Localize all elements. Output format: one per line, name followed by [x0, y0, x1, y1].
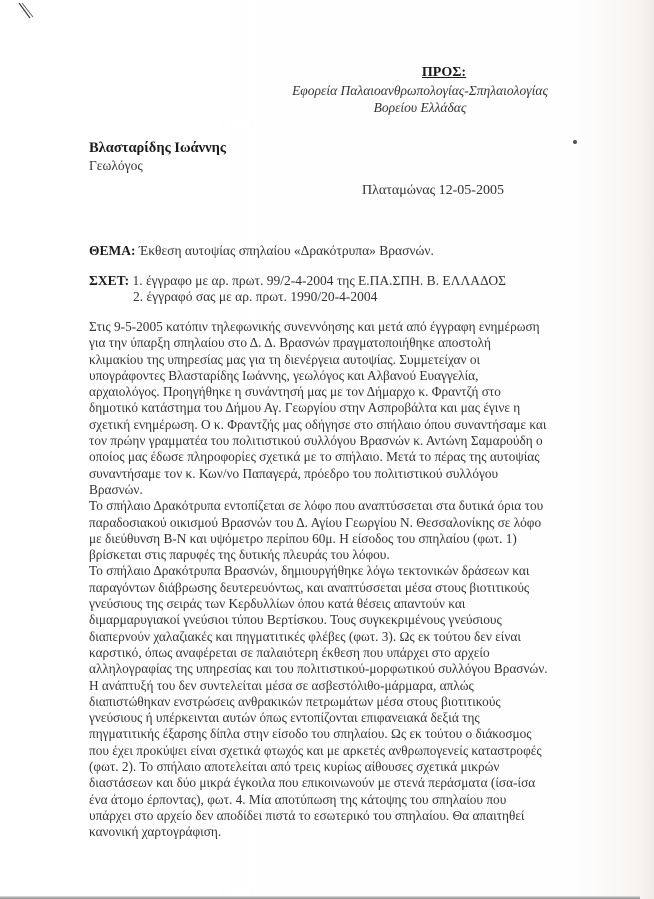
- recipient-line: Εφορεία Παλαιοανθρωπολογίας-Σπηλαιολογία…: [290, 82, 550, 99]
- reference-item: 2. έγγραφό σας με αρ. πρωτ. 1990/20-4-20…: [89, 289, 506, 305]
- body-line: υπογράφοντες Βλασταρίδης Ιωάννης, γεωλόγ…: [89, 368, 629, 384]
- references-label: ΣΧΕΤ:: [89, 273, 129, 288]
- body-line: παραγόντων διάβρωσης δευτερευόντως, και …: [89, 580, 629, 596]
- sender-block: Βλασταρίδης Ιωάννης Γεωλόγος: [89, 139, 226, 175]
- body-line: αρχαιολόγος. Προηγήθηκε η συνάντησή μας …: [89, 384, 629, 400]
- body-line: Το σπήλαιο Δρακότρυπα Βρασνών, δημιουργή…: [89, 563, 629, 579]
- body-line: (φωτ. 2). Το σπήλαιο αποτελείται από τρε…: [89, 759, 629, 775]
- body-line: σχετική ενημέρωση. Ο κ. Φραντζής μας οδή…: [89, 417, 629, 433]
- body-line: ένα άτομο έρποντας), φωτ. 4. Μία αποτύπω…: [89, 792, 629, 808]
- subject-label: ΘΕΜΑ:: [89, 243, 136, 258]
- body-line: πηγματιτικής έξαρσης δίπλα στην είσοδο τ…: [89, 726, 629, 742]
- body-line: κανονική χαρτογράφιση.: [89, 824, 629, 840]
- body-line: διαστάσεων και δύο μικρά έγκοιλα που επι…: [89, 775, 629, 791]
- body-line: Το σπήλαιο Δρακότρυπα εντοπίζεται σε λόφ…: [89, 498, 629, 514]
- body-line: για την ύπαρξη σπηλαίου στο Δ. Δ. Βρασνώ…: [89, 335, 629, 351]
- sender-role: Γεωλόγος: [89, 157, 226, 175]
- body-line: διαπιστώθηκαν ενστρώσεις ανθρακικών πετρ…: [89, 694, 629, 710]
- body-line: με διεύθυνση Β-Ν και υψόμετρο περίπου 60…: [89, 531, 629, 547]
- body-line: γνεύσιους ή υπέρκεινται αυτών όπως εντοπ…: [89, 710, 629, 726]
- body-line: βρίσκεται στις παρυφές της δυτικής πλευρ…: [89, 547, 629, 563]
- body-line: που έχει προκύψει είναι σχετικά φτωχός κ…: [89, 743, 629, 759]
- recipient-block: ΠΡΟΣ: Εφορεία Παλαιοανθρωπολογίας-Σπηλαι…: [290, 64, 550, 116]
- subject-text: Έκθεση αυτοψίας σπηλαίου «Δρακότρυπα» Βρ…: [136, 243, 434, 258]
- sender-name: Βλασταρίδης Ιωάννης: [89, 139, 226, 157]
- scan-shadow-right: [640, 0, 654, 899]
- ink-speck: [573, 140, 577, 144]
- recipient-line: Βορείου Ελλάδας: [290, 99, 550, 116]
- reference-item: ΣΧΕΤ: 1. έγγραφο με αρ. πρωτ. 99/2-4-200…: [89, 273, 506, 289]
- subject-line: ΘΕΜΑ: Έκθεση αυτοψίας σπηλαίου «Δρακότρυ…: [89, 243, 434, 259]
- place-date: Πλαταμώνας 12-05-2005: [362, 183, 504, 199]
- body-line: οποίος μας έδωσε πληροφορίες σχετικά με …: [89, 449, 629, 465]
- body-line: γνεύσιους της σειράς των Κερδυλλίων όπου…: [89, 596, 629, 612]
- body-line: Η ανάπτυξή του δεν συντελείται μέσα σε α…: [89, 678, 629, 694]
- body-line: κλιμακίου της υπηρεσίας μας για τη διενέ…: [89, 352, 629, 368]
- body-line: συναντήσαμε τον κ. Κων/νο Παπαγερά, πρόε…: [89, 466, 629, 482]
- recipient-label: ΠΡΟΣ:: [338, 64, 550, 82]
- body-line: αλληλογραφίας της υπηρεσίας και του πολι…: [89, 661, 629, 677]
- report-body: Στις 9-5-2005 κατόπιν τηλεφωνικής συνενν…: [89, 319, 629, 841]
- body-line: υπάρχει στο αρχείο δεν αποδίδει πιστά το…: [89, 808, 629, 824]
- scanned-letter-page: ΠΡΟΣ: Εφορεία Παλαιοανθρωπολογίας-Σπηλαι…: [0, 0, 654, 899]
- body-line: δημοτικό κατάστημα του Δήμου Αγ. Γεωργίο…: [89, 400, 629, 416]
- body-line: Βρασνών.: [89, 482, 629, 498]
- reference-text: 1. έγγραφο με αρ. πρωτ. 99/2-4-2004 της …: [129, 273, 506, 288]
- pen-stroke-mark-icon: [16, 2, 38, 22]
- body-line: παραδοσιακού οικισμού Βρασνών του Δ. Αγί…: [89, 515, 629, 531]
- body-line: διαπερνούν χαλαζιακές και πηγματιτικές φ…: [89, 629, 629, 645]
- body-line: Στις 9-5-2005 κατόπιν τηλεφωνικής συνενν…: [89, 319, 629, 335]
- body-line: καρστικό, όπως αναφέρεται σε παλαιότερη …: [89, 645, 629, 661]
- references-block: ΣΧΕΤ: 1. έγγραφο με αρ. πρωτ. 99/2-4-200…: [89, 273, 506, 305]
- body-line: τον πρώην γραμματέα του πολιτιστικού συλ…: [89, 433, 629, 449]
- body-line: διμαρμαρυγιακοί γνεύσιοι τύπου Βερτίσκου…: [89, 612, 629, 628]
